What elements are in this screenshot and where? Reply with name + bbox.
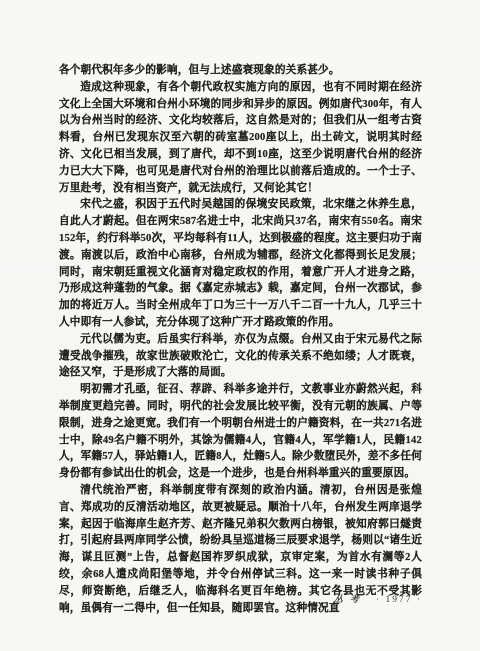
book-page: 各个朝代积年多少的影响，但与上述盛衰现象的关系甚少。 造成这种现象，有各个朝代政… (0, 0, 480, 651)
paragraph-ming-dynasty: 明初需才孔亟，征召、荐辟、科举多途并行，文教事业亦蔚然兴起，科举制度更趋完善。同… (59, 382, 422, 483)
paragraph-song-dynasty: 宋代之盛，积因于五代时吴越国的保境安民政策，北宋继之休养生息，自此人才蔚起。但在… (59, 197, 422, 331)
running-title: 丛考 (333, 592, 366, 605)
paragraph-causes: 造成这种现象，有各个朝代政权实施方向的原因，也有不同时期在经济文化上全国大环境和… (59, 80, 422, 198)
paragraph-yuan-dynasty: 元代以儒为吏。后虽实行科举，亦仅为点缀。台州又由于宋元易代之际遭受战争摧残，故家… (59, 332, 422, 382)
paragraph-continuation: 各个朝代积年多少的影响，但与上述盛衰现象的关系甚少。 (59, 63, 422, 80)
page-number: · 1977 · (376, 595, 422, 605)
page-footer: 丛考 · 1977 · (334, 592, 422, 605)
text-body: 各个朝代积年多少的影响，但与上述盛衰现象的关系甚少。 造成这种现象，有各个朝代政… (59, 63, 422, 617)
